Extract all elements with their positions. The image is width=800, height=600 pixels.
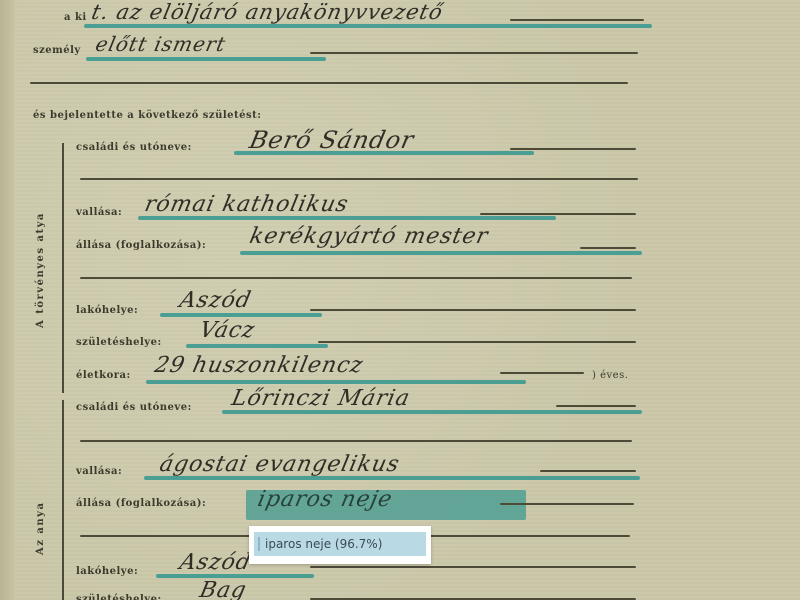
- handwriting-mother-birthplace: Bag: [197, 578, 249, 600]
- rule-line: [510, 148, 636, 150]
- recognized-line-highlight[interactable]: [186, 344, 328, 348]
- label-mother-occupation: állása (foglalkozása):: [76, 498, 206, 509]
- handwriting-a-ki: t. az elöljáró anyakönyvvezető: [89, 0, 445, 24]
- father-side-label: A törvényes atya: [35, 212, 46, 328]
- label-mother-birthplace: születéshelye:: [76, 594, 162, 600]
- rule-line: [80, 277, 632, 279]
- recognized-line-highlight[interactable]: [138, 216, 556, 220]
- handwriting-father-age: 29 huszonkilencz: [152, 353, 365, 378]
- rule-line: [556, 405, 636, 407]
- rule-line: [580, 247, 636, 249]
- handwriting-szemely: előtt ismert: [93, 32, 228, 56]
- handwriting-father-occupation: kerékgyártó mester: [247, 224, 490, 249]
- handwriting-mother-occupation: iparos neje: [255, 487, 395, 512]
- rule-line: [500, 372, 584, 374]
- intro-text: és bejelentette a következő születést:: [33, 110, 261, 121]
- label-father-occupation: állása (foglalkozása):: [76, 240, 206, 251]
- recognized-line-highlight[interactable]: [240, 251, 642, 255]
- rule-line: [80, 440, 632, 442]
- recognized-line-highlight[interactable]: [144, 476, 640, 480]
- recognition-suggestion[interactable]: iparos neje (96.7%): [254, 532, 426, 556]
- mother-side-label: Az anya: [35, 502, 46, 555]
- handwriting-father-residence: Aszód: [177, 288, 253, 313]
- rule-line: [500, 503, 634, 505]
- handwriting-mother-religion: ágostai evangelikus: [157, 452, 402, 477]
- page-left-edge: [0, 0, 14, 600]
- recognized-line-highlight[interactable]: [86, 57, 326, 61]
- recognized-line-highlight[interactable]: [146, 380, 526, 384]
- label-father-birthplace: születéshelye:: [76, 337, 162, 348]
- father-section-bracket: [62, 143, 64, 393]
- rule-line: [310, 309, 636, 311]
- handwriting-father-religion: római katholikus: [142, 192, 351, 217]
- recognized-line-highlight[interactable]: [160, 313, 322, 317]
- rule-line: [80, 178, 638, 180]
- recognized-line-highlight[interactable]: [234, 151, 534, 155]
- label-a-ki: a ki: [64, 12, 87, 23]
- handwriting-mother-name: Lőrinczi Mária: [229, 386, 412, 411]
- recognized-line-highlight[interactable]: [222, 410, 642, 414]
- handwriting-father-name: Berő Sándor: [247, 126, 417, 154]
- label-father-religion: vallása:: [76, 207, 122, 218]
- label-mother-residence: lakóhelye:: [76, 566, 138, 577]
- rule-line: [30, 82, 628, 84]
- label-mother-religion: vallása:: [76, 466, 122, 477]
- rule-line: [480, 213, 636, 215]
- recognition-tooltip: iparos neje (96.7%): [249, 526, 431, 564]
- rule-line: [510, 19, 644, 21]
- label-szemely: személy: [33, 45, 81, 56]
- handwriting-mother-residence: Aszód: [177, 550, 253, 575]
- label-father-name: családi és utóneve:: [76, 142, 192, 153]
- label-father-residence: lakóhelye:: [76, 305, 138, 316]
- recognition-suggestion-text: iparos neje (96.7%): [265, 537, 382, 551]
- scanned-document-page: a ki t. az elöljáró anyakönyvvezető szem…: [0, 0, 800, 600]
- suggestion-marker-icon: [258, 537, 260, 551]
- rule-line: [310, 52, 638, 54]
- age-suffix: ) éves.: [592, 370, 628, 381]
- rule-line: [310, 566, 636, 568]
- label-father-age: életkora:: [76, 370, 131, 381]
- handwriting-father-birthplace: Vácz: [197, 318, 257, 343]
- rule-line: [540, 470, 636, 472]
- rule-line: [318, 341, 636, 343]
- label-mother-name: családi és utóneve:: [76, 402, 192, 413]
- mother-section-bracket: [62, 400, 64, 600]
- recognized-line-highlight[interactable]: [84, 24, 652, 28]
